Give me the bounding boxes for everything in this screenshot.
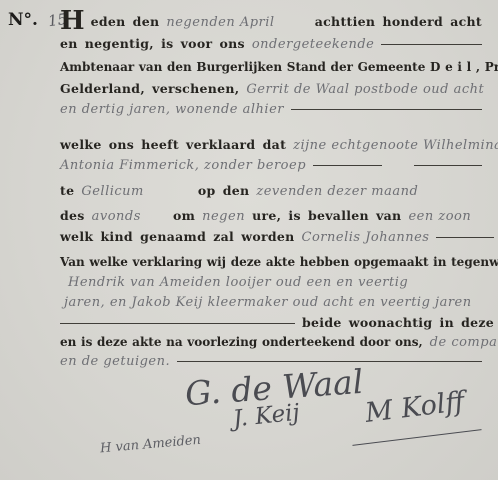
line-residence: beide woonachtig in deze Gemeente,	[60, 315, 482, 330]
printed-woonachtig: beide woonachtig in deze Gemeente,	[302, 315, 498, 330]
line-childname: welk kind genaamd zal worden Cornelis Jo…	[60, 229, 482, 245]
line-municipality: Ambtenaar van den Burgerlijken Stand der…	[60, 60, 482, 74]
printed-genaamd: welk kind genaamd zal worden	[60, 229, 295, 244]
printed-tegenwoordigheid: Van welke verklaring wij deze akte hebbe…	[60, 255, 498, 269]
filler-rule	[414, 165, 482, 166]
record-number-label: N°.	[8, 10, 38, 30]
line-declarant-2: en dertig jaren, wonende alhier	[60, 102, 482, 117]
handwritten-date: negenden April	[166, 15, 274, 30]
dropcap-h: H	[60, 15, 84, 27]
record-number: N°. 15	[8, 10, 67, 30]
filler-rule	[313, 165, 381, 166]
filler-rule	[291, 109, 482, 110]
printed-op-den: op den	[198, 183, 250, 198]
line-closing-1: en is deze akte na voorlezing onderteeke…	[60, 335, 482, 350]
filler-rule	[60, 323, 295, 324]
handwritten-childname: Cornelis Johannes	[302, 230, 430, 245]
line-date: H eden den negenden April achttien honde…	[60, 12, 482, 30]
line-closing-2: en de getuigen.	[60, 354, 482, 369]
handwritten-mother-2: Antonia Fimmerick, zonder beroep	[60, 158, 306, 173]
line-year-officiant: en negentig, is voor ons ondergeteekende	[60, 36, 482, 52]
handwritten-daypart: avonds	[92, 209, 141, 224]
printed-verschenen: Gelderland, verschenen,	[60, 81, 239, 96]
printed-onderteekend: en is deze akte na voorlezing onderteeke…	[60, 335, 423, 349]
handwritten-hour: negen	[202, 209, 245, 224]
handwritten-ondergeteekende: ondergeteekende	[252, 37, 375, 52]
handwritten-birthday: zevenden dezer maand	[256, 184, 418, 199]
signature-j-keij: J. Keij	[232, 400, 301, 433]
line-witness-1: Hendrik van Ameiden looijer oud een en v…	[68, 275, 482, 290]
printed-verklaard: welke ons heeft verklaard dat	[60, 137, 286, 152]
printed-ure-bevallen: ure, is bevallen van	[252, 208, 401, 223]
handwritten-declarant-2: en dertig jaren, wonende alhier	[60, 102, 284, 117]
line-birthplace: te Gellicum op den zevenden dezer maand	[60, 183, 482, 199]
handwritten-child-sex: een zoon	[408, 209, 471, 224]
printed-om: om	[173, 208, 195, 223]
line-birthtime: des avonds om negen ure, is bevallen van…	[60, 208, 482, 224]
handwritten-getuigen: en de getuigen.	[60, 354, 170, 369]
signature-h-van-ameiden: H van Ameiden	[100, 433, 202, 457]
handwritten-witness-2: jaren, en Jakob Keij kleermaker oud acht…	[64, 295, 472, 310]
line-declaration-2: Antonia Fimmerick, zonder beroep	[60, 158, 482, 173]
printed-municipality: Ambtenaar van den Burgerlijken Stand der…	[60, 60, 498, 74]
filler-rule	[436, 237, 494, 238]
line-declaration-1: welke ons heeft verklaard dat zijne echt…	[60, 137, 482, 153]
printed-te: te	[60, 183, 74, 198]
line-declarant-1: Gelderland, verschenen, Gerrit de Waal p…	[60, 81, 482, 97]
line-witness-intro: Van welke verklaring wij deze akte hebbe…	[60, 255, 482, 269]
handwritten-mother-1: zijne echtgenoote Wilhelmina	[293, 138, 498, 153]
birth-record-document: N°. 15 H eden den negenden April achttie…	[0, 0, 498, 480]
handwritten-declarant-1: Gerrit de Waal postbode oud acht	[246, 82, 484, 97]
handwritten-comparant: de comparant	[430, 335, 498, 350]
printed-heden-den: eden den	[91, 14, 160, 29]
signature-m-kolff: M Kolff	[363, 386, 466, 429]
printed-year-part1: achttien honderd acht	[315, 14, 482, 29]
signature-underline	[352, 429, 481, 446]
handwritten-witness-1: Hendrik van Ameiden looijer oud een en v…	[68, 275, 408, 290]
printed-des: des	[60, 208, 85, 223]
filler-rule	[177, 361, 482, 362]
line-witness-2: jaren, en Jakob Keij kleermaker oud acht…	[64, 295, 482, 310]
handwritten-birthplace: Gellicum	[81, 184, 144, 199]
filler-rule	[381, 44, 482, 45]
printed-year-part2: en negentig, is voor ons	[60, 36, 245, 51]
